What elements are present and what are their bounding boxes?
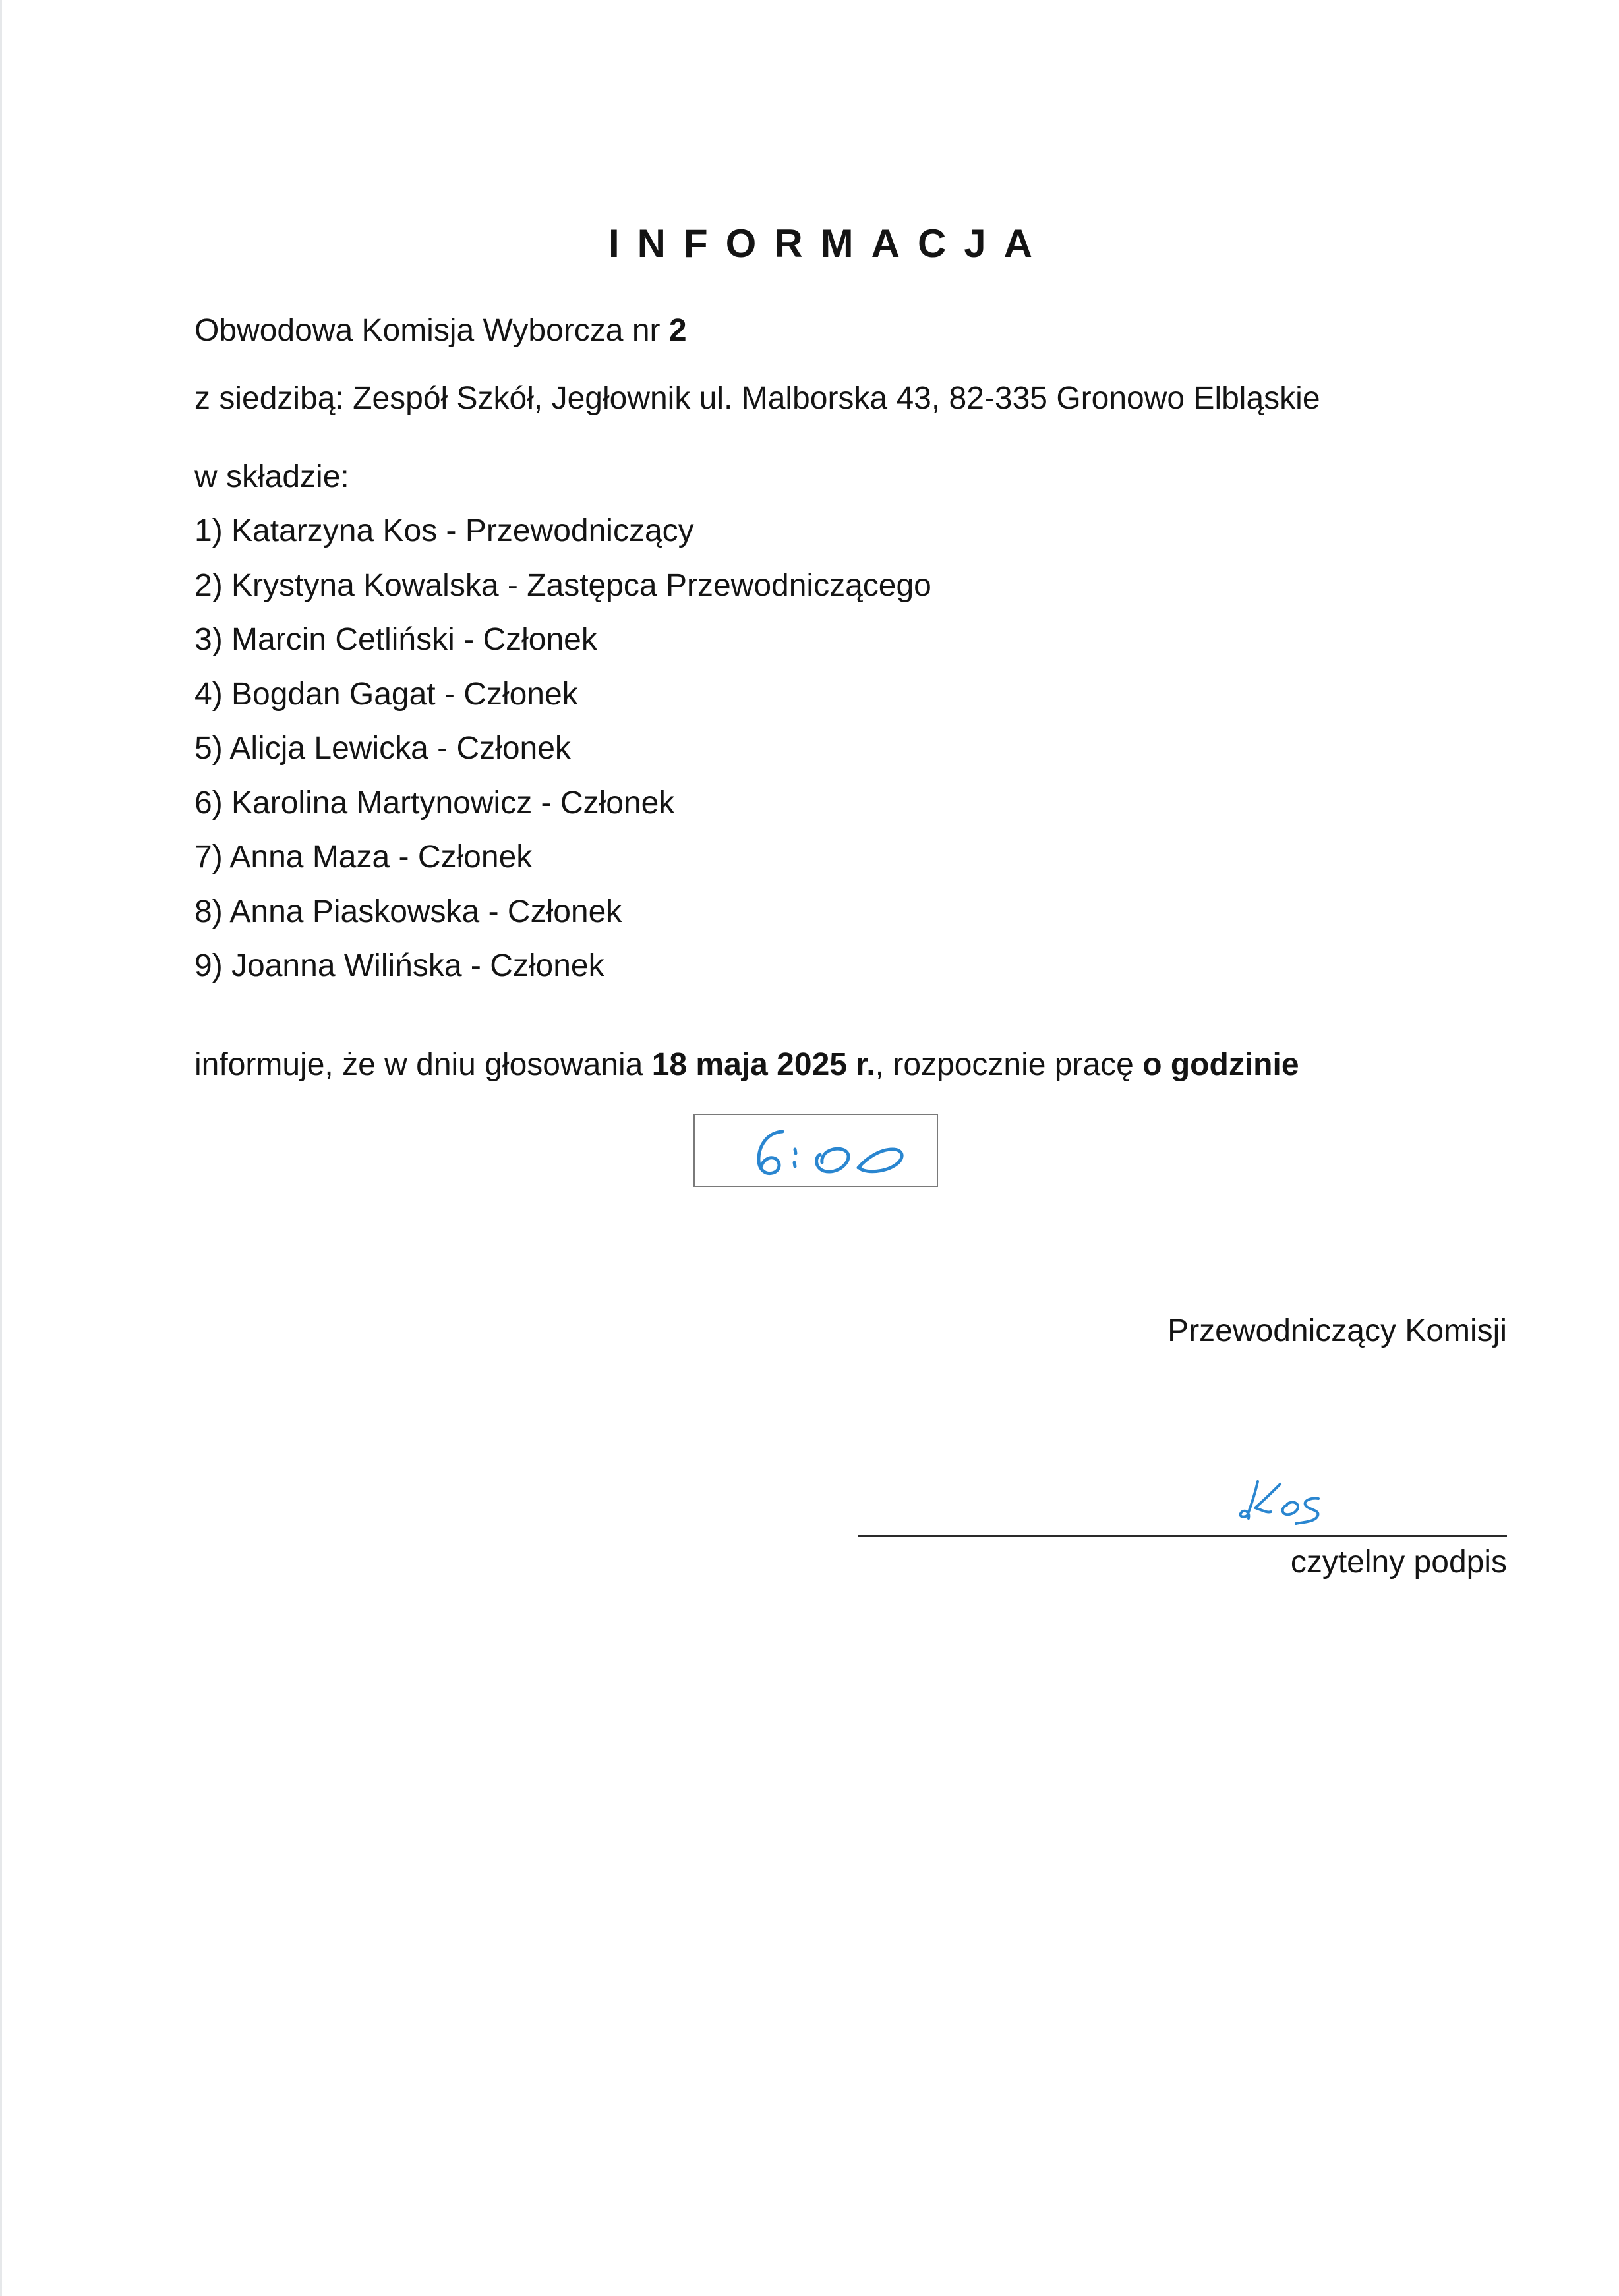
member-role: Zastępca Przewodniczącego [527, 568, 931, 603]
member-separator: - [428, 731, 457, 766]
member-separator: - [390, 840, 418, 875]
voting-date: 18 maja 2025 r. [652, 1047, 875, 1082]
member-number: 5) [194, 731, 223, 766]
commission-prefix: Obwodowa Komisja Wyborcza nr [194, 313, 669, 348]
document-title: INFORMACJA [0, 224, 1619, 264]
member-number: 2) [194, 568, 223, 603]
commission-number: 2 [669, 313, 687, 348]
member-separator: - [455, 622, 483, 657]
start-time-field[interactable]: 6:00 [693, 1114, 938, 1187]
member-item: 3) Marcin Cetliński - Członek [194, 624, 931, 679]
member-item: 1) Katarzyna Kos - Przewodniczący [194, 515, 931, 570]
time-label: o godzinie [1142, 1047, 1299, 1082]
member-name: Marcin Cetliński [231, 622, 455, 657]
member-number: 6) [194, 786, 223, 820]
member-role: Członek [456, 731, 570, 766]
member-name: Bogdan Gagat [231, 677, 436, 712]
member-separator: - [462, 948, 490, 983]
member-role: Członek [490, 948, 604, 983]
member-number: 4) [194, 677, 223, 712]
member-name: Karolina Martynowicz [231, 786, 532, 820]
member-role: Przewodniczący [465, 513, 694, 548]
commission-heading: Obwodowa Komisja Wyborcza nr 2 [194, 315, 687, 347]
member-name: Anna Maza [229, 840, 390, 875]
member-name: Krystyna Kowalska [231, 568, 499, 603]
member-role: Członek [560, 786, 674, 820]
chair-label: Przewodniczący Komisji [1167, 1315, 1507, 1347]
signature-caption: czytelny podpis [1291, 1547, 1507, 1578]
signature-line [858, 1535, 1507, 1537]
member-item: 8) Anna Piaskowska - Członek [194, 896, 931, 951]
statement-text: informuje, że w dniu głosowania [194, 1047, 652, 1082]
member-role: Członek [483, 622, 597, 657]
member-item: 9) Joanna Wilińska - Członek [194, 950, 931, 1005]
page-edge [0, 0, 2, 2296]
seat-address: z siedzibą: Zespół Szkół, Jegłownik ul. … [194, 383, 1320, 415]
member-number: 3) [194, 622, 223, 657]
member-separator: - [479, 894, 508, 929]
member-item: 7) Anna Maza - Członek [194, 842, 931, 896]
member-role: Członek [508, 894, 622, 929]
handwritten-time-icon [695, 1115, 939, 1188]
signature [1233, 1474, 1351, 1536]
member-separator: - [532, 786, 560, 820]
member-number: 1) [194, 513, 223, 548]
member-name: Joanna Wilińska [231, 948, 462, 983]
member-role: Członek [463, 677, 577, 712]
member-item: 4) Bogdan Gagat - Członek [194, 679, 931, 733]
member-item: 2) Krystyna Kowalska - Zastępca Przewodn… [194, 570, 931, 625]
member-number: 7) [194, 840, 223, 875]
statement-text-2: , rozpocznie pracę [875, 1047, 1143, 1082]
member-list: 1) Katarzyna Kos - Przewodniczący2) Krys… [194, 515, 931, 1005]
handwritten-signature-icon [1233, 1474, 1351, 1533]
member-separator: - [437, 513, 465, 548]
member-separator: - [436, 677, 464, 712]
member-role: Członek [418, 840, 532, 875]
member-item: 6) Karolina Martynowicz - Członek [194, 788, 931, 842]
member-separator: - [499, 568, 527, 603]
statement-line: informuje, że w dniu głosowania 18 maja … [194, 1049, 1299, 1081]
member-number: 8) [194, 894, 223, 929]
member-name: Katarzyna Kos [231, 513, 437, 548]
composition-label: w składzie: [194, 461, 349, 493]
member-item: 5) Alicja Lewicka - Członek [194, 733, 931, 788]
member-name: Anna Piaskowska [229, 894, 479, 929]
member-name: Alicja Lewicka [229, 731, 428, 766]
member-number: 9) [194, 948, 223, 983]
